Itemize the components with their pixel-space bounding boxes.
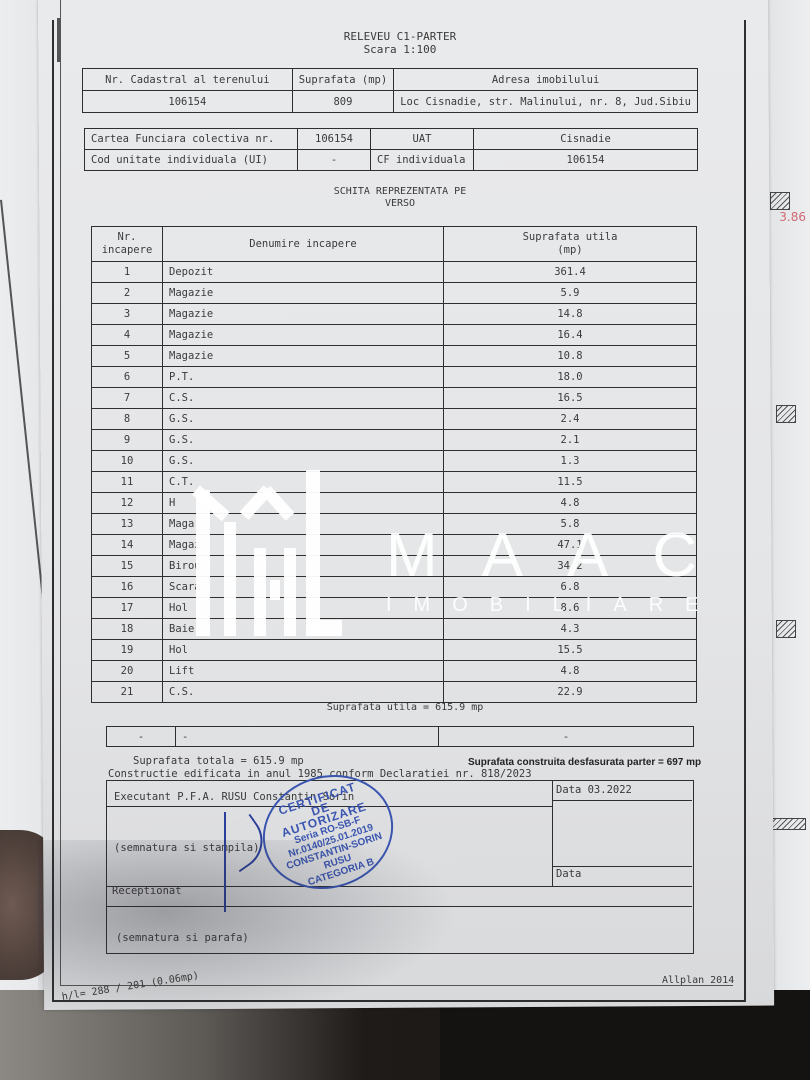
table-row: 21C.S.22.9 xyxy=(92,682,697,703)
room-area: 5.9 xyxy=(444,283,697,304)
room-number: 3 xyxy=(92,304,163,325)
room-name: Depozit xyxy=(163,262,444,283)
extra-cell-name: - xyxy=(176,727,439,747)
room-number: 1 xyxy=(92,262,163,283)
built-area: Suprafata construita desfasurata parter … xyxy=(468,757,701,768)
room-name: P.T. xyxy=(163,367,444,388)
table-row: 4Magazie16.4 xyxy=(92,325,697,346)
room-number: 11 xyxy=(92,472,163,493)
header-address: Adresa imobilului xyxy=(394,69,698,91)
room-number: 21 xyxy=(92,682,163,703)
room-number: 7 xyxy=(92,388,163,409)
land-area: 809 xyxy=(292,91,394,113)
divider xyxy=(106,906,692,907)
table-row: 3Magazie14.8 xyxy=(92,304,697,325)
header-room-number-line1: Nr. xyxy=(118,231,137,243)
cadastral-number: 106154 xyxy=(83,91,293,113)
handwritten-signature xyxy=(224,812,226,912)
table-row: 8G.S.2.4 xyxy=(92,409,697,430)
header-cadastral-number: Nr. Cadastral al terenului xyxy=(83,69,293,91)
table-row: 6P.T.18.0 xyxy=(92,367,697,388)
table-row: 20Lift4.8 xyxy=(92,661,697,682)
room-area: 22.9 xyxy=(444,682,697,703)
extra-cell-number: - xyxy=(107,727,176,747)
room-number: 9 xyxy=(92,430,163,451)
extra-cell-area: - xyxy=(439,727,694,747)
room-number: 20 xyxy=(92,661,163,682)
label-land-book: Cartea Funciara colectiva nr. xyxy=(85,129,298,150)
room-area: 15.5 xyxy=(444,640,697,661)
table-row: 11C.T.11.5 xyxy=(92,472,697,493)
rooms-table: Nr. incapere Denumire incapere Suprafata… xyxy=(91,226,697,703)
room-area: 4.8 xyxy=(444,493,697,514)
frame-marker xyxy=(57,18,61,62)
unit-code-value: - xyxy=(298,150,371,171)
room-number: 19 xyxy=(92,640,163,661)
room-number: 12 xyxy=(92,493,163,514)
individual-cf-value: 106154 xyxy=(474,150,698,171)
room-name: C.S. xyxy=(163,388,444,409)
uat-value: Cisnadie xyxy=(474,129,698,150)
room-area: 4.8 xyxy=(444,661,697,682)
room-number: 6 xyxy=(92,367,163,388)
received-signature-label: (semnatura si parafa) xyxy=(116,932,249,944)
room-number: 13 xyxy=(92,514,163,535)
header-room-name: Denumire incapere xyxy=(163,227,444,262)
room-number: 10 xyxy=(92,451,163,472)
header-room-area-line1: Suprafata utila xyxy=(523,231,618,243)
watermark-brand: MAAC xyxy=(386,520,741,591)
room-name: Magazie xyxy=(163,283,444,304)
room-number: 4 xyxy=(92,325,163,346)
land-book-number: 106154 xyxy=(298,129,371,150)
watermark-logo-icon xyxy=(196,470,342,636)
room-area: 1.3 xyxy=(444,451,697,472)
software-label: Allplan 2014 xyxy=(662,975,734,986)
adjacent-dimension-label: 3.86 xyxy=(779,210,806,224)
property-address: Loc Cisnadie, str. Malinului, nr. 8, Jud… xyxy=(394,91,698,113)
room-number: 2 xyxy=(92,283,163,304)
room-area: 16.4 xyxy=(444,325,697,346)
sketch-note-line1: SCHITA REPREZENTATA PE xyxy=(290,186,510,197)
total-area: Suprafata totala = 615.9 mp xyxy=(133,755,304,767)
room-name: Magazie xyxy=(163,325,444,346)
room-name: Magazie xyxy=(163,304,444,325)
room-area: 10.8 xyxy=(444,346,697,367)
table-row: 9G.S.2.1 xyxy=(92,430,697,451)
room-number: 17 xyxy=(92,598,163,619)
room-number: 8 xyxy=(92,409,163,430)
table-row: 19Hol15.5 xyxy=(92,640,697,661)
table-row: 12H4.8 xyxy=(92,493,697,514)
table-row: 10G.S.1.3 xyxy=(92,451,697,472)
wall-hatch-icon xyxy=(770,192,790,210)
column-hatch-icon xyxy=(776,405,796,423)
sketch-note-line2: VERSO xyxy=(290,198,510,209)
room-name: Lift xyxy=(163,661,444,682)
table-row: 1Depozit361.4 xyxy=(92,262,697,283)
room-area: 4.3 xyxy=(444,619,697,640)
table-row: 18Baie4.3 xyxy=(92,619,697,640)
header-land-area: Suprafata (mp) xyxy=(292,69,394,91)
room-name: C.S. xyxy=(163,682,444,703)
room-area: 11.5 xyxy=(444,472,697,493)
room-number: 15 xyxy=(92,556,163,577)
extra-table: - - - xyxy=(106,726,694,747)
received-date: Data xyxy=(556,868,581,880)
room-number: 18 xyxy=(92,619,163,640)
divider xyxy=(106,886,692,887)
property-table: Nr. Cadastral al terenului Suprafata (mp… xyxy=(82,68,698,113)
room-area: 361.4 xyxy=(444,262,697,283)
room-number: 5 xyxy=(92,346,163,367)
column-hatch-icon xyxy=(776,620,796,638)
room-name: G.S. xyxy=(163,409,444,430)
label-uat: UAT xyxy=(371,129,474,150)
divider xyxy=(552,800,692,801)
header-room-area: Suprafata utila (mp) xyxy=(444,227,697,262)
table-row: 7C.S.16.5 xyxy=(92,388,697,409)
room-name: Hol xyxy=(163,640,444,661)
document-title: RELEVEU C1-PARTER xyxy=(300,30,500,43)
registry-table: Cartea Funciara colectiva nr. 106154 UAT… xyxy=(84,128,698,171)
header-room-number: Nr. incapere xyxy=(92,227,163,262)
room-area: 14.8 xyxy=(444,304,697,325)
rooms-table-header: Nr. incapere Denumire incapere Suprafata… xyxy=(92,227,697,262)
received-label: Receptionat xyxy=(112,885,182,897)
divider xyxy=(552,780,553,886)
label-unit-code: Cod unitate individuala (UI) xyxy=(85,150,298,171)
room-name: G.S. xyxy=(163,430,444,451)
room-area: 18.0 xyxy=(444,367,697,388)
watermark-subtitle: IMOBILIARE xyxy=(386,594,720,617)
executant-date: Data 03.2022 xyxy=(556,784,632,796)
table-row: 2Magazie5.9 xyxy=(92,283,697,304)
room-area: 2.4 xyxy=(444,409,697,430)
room-number: 16 xyxy=(92,577,163,598)
room-area: 16.5 xyxy=(444,388,697,409)
divider xyxy=(552,866,692,867)
room-area: 2.1 xyxy=(444,430,697,451)
useful-area-total: Suprafata utila = 615.9 mp xyxy=(300,702,510,713)
document-scale: Scara 1:100 xyxy=(300,43,500,56)
table-row: 5Magazie10.8 xyxy=(92,346,697,367)
room-number: 14 xyxy=(92,535,163,556)
header-room-number-line2: incapere xyxy=(102,244,153,256)
label-individual-cf: CF individuala xyxy=(371,150,474,171)
header-room-area-line2: (mp) xyxy=(557,244,582,256)
room-name: G.S. xyxy=(163,451,444,472)
room-name: Magazie xyxy=(163,346,444,367)
